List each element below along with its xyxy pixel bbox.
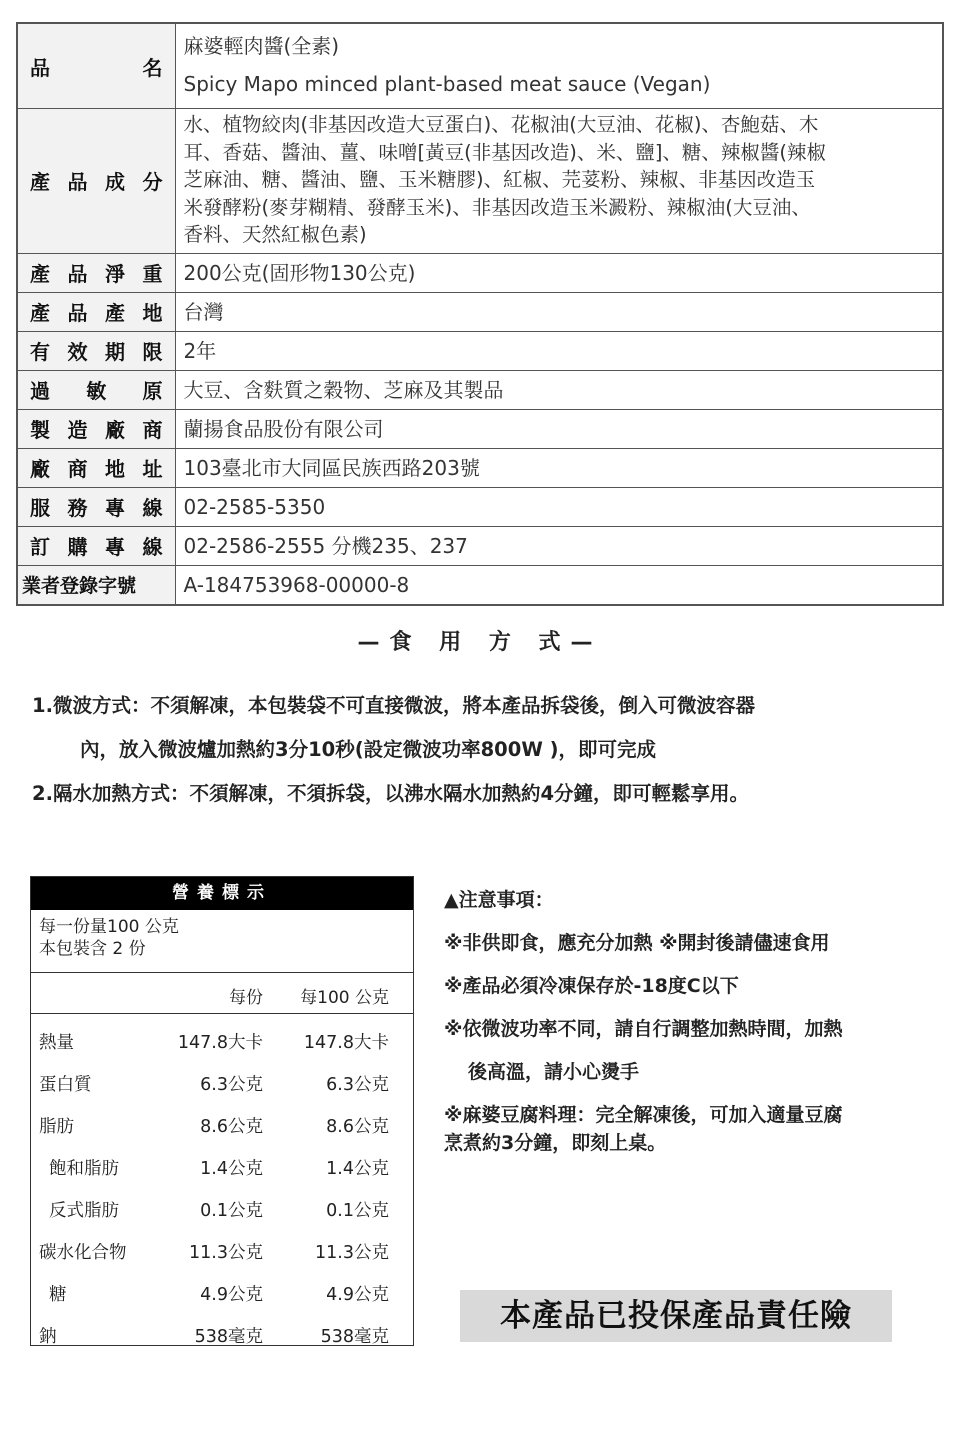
spec-row-registration: 業者登錄字號 A-184753968-00000-8	[17, 565, 943, 605]
spec-label: 產品產地	[17, 292, 175, 331]
precaution-line: ※依微波功率不同，請自行調整加熱時間，加熱	[444, 1015, 944, 1058]
precaution-line: 後高溫，請小心燙手	[444, 1058, 944, 1101]
precautions: ▲注意事項： ※非供即食，應充分加熱 ※開封後請儘速食用 ※產品必須冷凍保存於-…	[444, 886, 944, 1172]
col-per-serving: 每份	[163, 983, 263, 1008]
nutrient-name: 飽和脂肪	[49, 1155, 119, 1180]
product-spec-table: 品名 麻婆輕肉醬(全素) Spicy Mapo minced plant-bas…	[16, 22, 944, 606]
ingredients-line: 米發酵粉(麥芽糊精、發酵玉米)、非基因改造玉米澱粉、辣椒油(大豆油、	[184, 194, 935, 222]
per-serving-value: 0.1公克	[163, 1197, 263, 1222]
servings-per-pack: 本包裝含 2 份	[39, 938, 405, 960]
spec-value: 水、植物絞肉(非基因改造大豆蛋白)、花椒油(大豆油、花椒)、杏鮑菇、木 耳、香菇…	[175, 109, 943, 254]
spec-row-manufacturer: 製造廠商 蘭揚食品股份有限公司	[17, 409, 943, 448]
precaution-line: 烹煮約3分鐘，即刻上桌。	[444, 1129, 944, 1172]
nutrition-facts-panel: 營養標示 每一份量100 公克 本包裝含 2 份 每份 每100 公克 熱量14…	[30, 876, 414, 1346]
per-serving-value: 6.3公克	[163, 1071, 263, 1096]
spec-row-allergens: 過敏原 大豆、含麩質之穀物、芝麻及其製品	[17, 370, 943, 409]
spec-label: 產品成分	[17, 109, 175, 254]
spec-row-address: 廠商地址 103臺北市大同區民族西路203號	[17, 448, 943, 487]
spec-label: 業者登錄字號	[17, 565, 175, 605]
spec-label: 訂購專線	[17, 526, 175, 565]
nutrition-row: 糖4.9公克4.9公克	[31, 1270, 413, 1312]
per-100g-value: 11.3公克	[269, 1239, 389, 1264]
spec-row-shelf-life: 有效期限 2年	[17, 331, 943, 370]
spec-row-net-weight: 產品淨重 200公克(固形物130公克)	[17, 253, 943, 292]
precaution-line: ※產品必須冷凍保存於-18度C以下	[444, 972, 944, 1015]
label-char: 名	[143, 52, 163, 81]
spec-row-origin: 產品產地 台灣	[17, 292, 943, 331]
usage-instructions: 1.微波方式：不須解凍，本包裝袋不可直接微波，將本產品拆袋後，倒入可微波容器 內…	[32, 688, 932, 820]
nutrition-row: 鈉538毫克538毫克	[31, 1312, 413, 1354]
spec-value: 02-2586-2555 分機235、237	[175, 526, 943, 565]
per-100g-value: 6.3公克	[269, 1071, 389, 1096]
ingredients-line: 芝麻油、糖、醬油、鹽、玉米糖膠)、紅椒、芫荽粉、辣椒、非基因改造玉	[184, 166, 935, 194]
label-char: 品	[30, 52, 50, 81]
spec-value: 麻婆輕肉醬(全素) Spicy Mapo minced plant-based …	[175, 23, 943, 109]
spec-value: 103臺北市大同區民族西路203號	[175, 448, 943, 487]
product-name-en: Spicy Mapo minced plant-based meat sauce…	[184, 64, 935, 104]
per-serving-value: 538毫克	[163, 1323, 263, 1348]
product-name-zh: 麻婆輕肉醬(全素)	[184, 28, 935, 64]
per-100g-value: 0.1公克	[269, 1197, 389, 1222]
spec-row-ingredients: 產品成分 水、植物絞肉(非基因改造大豆蛋白)、花椒油(大豆油、花椒)、杏鮑菇、木…	[17, 109, 943, 254]
usage-line: 內，放入微波爐加熱約3分10秒(設定微波功率800W )，即可完成	[32, 732, 932, 776]
serving-size: 每一份量100 公克	[39, 916, 405, 938]
nutrition-rows: 熱量147.8大卡147.8大卡 蛋白質6.3公克6.3公克 脂肪8.6公克8.…	[31, 1014, 413, 1354]
spec-value: 大豆、含麩質之穀物、芝麻及其製品	[175, 370, 943, 409]
spec-label: 廠商地址	[17, 448, 175, 487]
insurance-banner: 本產品已投保產品責任險	[460, 1290, 892, 1342]
spec-row-service-line: 服務專線 02-2585-5350	[17, 487, 943, 526]
nutrient-name: 蛋白質	[39, 1071, 92, 1096]
spec-value: 200公克(固形物130公克)	[175, 253, 943, 292]
precautions-title: ▲注意事項：	[444, 886, 944, 929]
nutrition-row: 蛋白質6.3公克6.3公克	[31, 1060, 413, 1102]
spec-value: 蘭揚食品股份有限公司	[175, 409, 943, 448]
spec-label: 有效期限	[17, 331, 175, 370]
per-100g-value: 147.8大卡	[269, 1029, 389, 1054]
nutrition-row: 熱量147.8大卡147.8大卡	[31, 1018, 413, 1060]
spec-label: 過敏原	[17, 370, 175, 409]
nutrition-row: 脂肪8.6公克8.6公克	[31, 1102, 413, 1144]
spec-label: 製造廠商	[17, 409, 175, 448]
nutrition-row: 碳水化合物11.3公克11.3公克	[31, 1228, 413, 1270]
nutrition-row: 反式脂肪0.1公克0.1公克	[31, 1186, 413, 1228]
spec-value: 2年	[175, 331, 943, 370]
per-serving-value: 11.3公克	[163, 1239, 263, 1264]
spec-label: 產品淨重	[17, 253, 175, 292]
ingredients-line: 水、植物絞肉(非基因改造大豆蛋白)、花椒油(大豆油、花椒)、杏鮑菇、木	[184, 111, 935, 139]
per-serving-value: 8.6公克	[163, 1113, 263, 1138]
col-per-100g: 每100 公克	[269, 983, 389, 1008]
usage-section-title: —食 用 方 式—	[0, 625, 960, 656]
ingredients-line: 香料、天然紅椒色素)	[184, 221, 935, 249]
spec-label: 品名	[17, 23, 175, 109]
usage-line: 2.隔水加熱方式：不須解凍，不須拆袋，以沸水隔水加熱約4分鐘，即可輕鬆享用。	[32, 776, 932, 820]
per-100g-value: 1.4公克	[269, 1155, 389, 1180]
spec-value: A-184753968-00000-8	[175, 565, 943, 605]
usage-line: 1.微波方式：不須解凍，本包裝袋不可直接微波，將本產品拆袋後，倒入可微波容器	[32, 688, 932, 732]
per-serving-value: 4.9公克	[163, 1281, 263, 1306]
per-100g-value: 8.6公克	[269, 1113, 389, 1138]
spec-row-product-name: 品名 麻婆輕肉醬(全素) Spicy Mapo minced plant-bas…	[17, 23, 943, 109]
nutrient-name: 鈉	[39, 1323, 57, 1348]
per-100g-value: 538毫克	[269, 1323, 389, 1348]
nutrient-name: 糖	[49, 1281, 67, 1306]
spec-value: 台灣	[175, 292, 943, 331]
precaution-line: ※非供即食，應充分加熱 ※開封後請儘速食用	[444, 929, 944, 972]
nutrient-name: 脂肪	[39, 1113, 74, 1138]
per-serving-value: 147.8大卡	[163, 1029, 263, 1054]
nutrient-name: 碳水化合物	[39, 1239, 127, 1264]
ingredients-line: 耳、香菇、醬油、薑、味噌[黃豆(非基因改造)、米、鹽]、糖、辣椒醬(辣椒	[184, 139, 935, 167]
per-serving-value: 1.4公克	[163, 1155, 263, 1180]
nutrition-column-headers: 每份 每100 公克	[31, 973, 413, 1014]
serving-info: 每一份量100 公克 本包裝含 2 份	[31, 910, 413, 973]
nutrient-name: 反式脂肪	[49, 1197, 119, 1222]
nutrition-title: 營養標示	[31, 877, 413, 910]
precaution-line: ※麻婆豆腐料理：完全解凍後，可加入適量豆腐	[444, 1101, 944, 1129]
nutrient-name: 熱量	[39, 1029, 74, 1054]
spec-row-order-line: 訂購專線 02-2586-2555 分機235、237	[17, 526, 943, 565]
per-100g-value: 4.9公克	[269, 1281, 389, 1306]
spec-label: 服務專線	[17, 487, 175, 526]
nutrition-row: 飽和脂肪1.4公克1.4公克	[31, 1144, 413, 1186]
spec-value: 02-2585-5350	[175, 487, 943, 526]
